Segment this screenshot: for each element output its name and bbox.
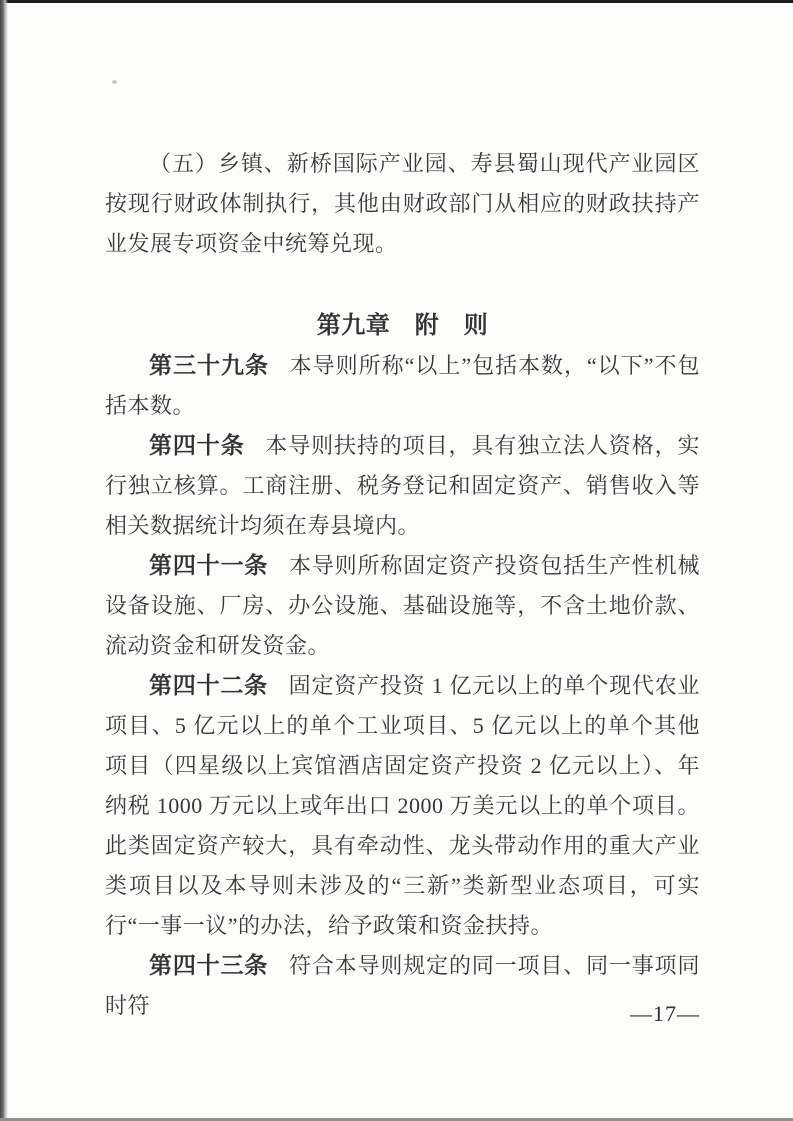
article-43-label: 第四十三条 [149, 953, 268, 978]
article-40-label: 第四十条 [149, 433, 245, 458]
article-42-text: 固定资产投资 1 亿元以上的单个现代农业项目、5 亿元以上的单个工业项目、5 亿… [105, 673, 700, 938]
intro-paragraph: （五）乡镇、新桥国际产业园、寿县蜀山现代产业园区按现行财政体制执行，其他由财政部… [105, 144, 700, 264]
article-43-paragraph: 第四十三条符合本导则规定的同一项目、同一事项同时符 [105, 946, 700, 1026]
chapter-heading: 第九章 附 则 [105, 306, 700, 346]
article-41-paragraph: 第四十一条本导则所称固定资产投资包括生产性机械设备设施、厂房、办公设施、基础设施… [105, 546, 700, 666]
article-41-label: 第四十一条 [149, 553, 268, 578]
scan-speck [112, 80, 117, 84]
scanned-document-page: （五）乡镇、新桥国际产业园、寿县蜀山现代产业园区按现行财政体制执行，其他由财政部… [0, 0, 793, 1121]
scan-edge-left [0, 0, 8, 1121]
document-body: （五）乡镇、新桥国际产业园、寿县蜀山现代产业园区按现行财政体制执行，其他由财政部… [105, 144, 700, 1026]
intro-paragraph-text: （五）乡镇、新桥国际产业园、寿县蜀山现代产业园区按现行财政体制执行，其他由财政部… [105, 151, 700, 256]
article-39-paragraph: 第三十九条本导则所称“以上”包括本数，“以下”不包括本数。 [105, 346, 700, 426]
article-42-label: 第四十二条 [149, 673, 268, 698]
article-40-paragraph: 第四十条本导则扶持的项目，具有独立法人资格，实行独立核算。工商注册、税务登记和固… [105, 426, 700, 546]
article-39-label: 第三十九条 [149, 353, 269, 378]
scan-edge-top [0, 0, 793, 3]
page-number: —17— [630, 1001, 700, 1027]
article-42-paragraph: 第四十二条固定资产投资 1 亿元以上的单个现代农业项目、5 亿元以上的单个工业项… [105, 666, 700, 946]
